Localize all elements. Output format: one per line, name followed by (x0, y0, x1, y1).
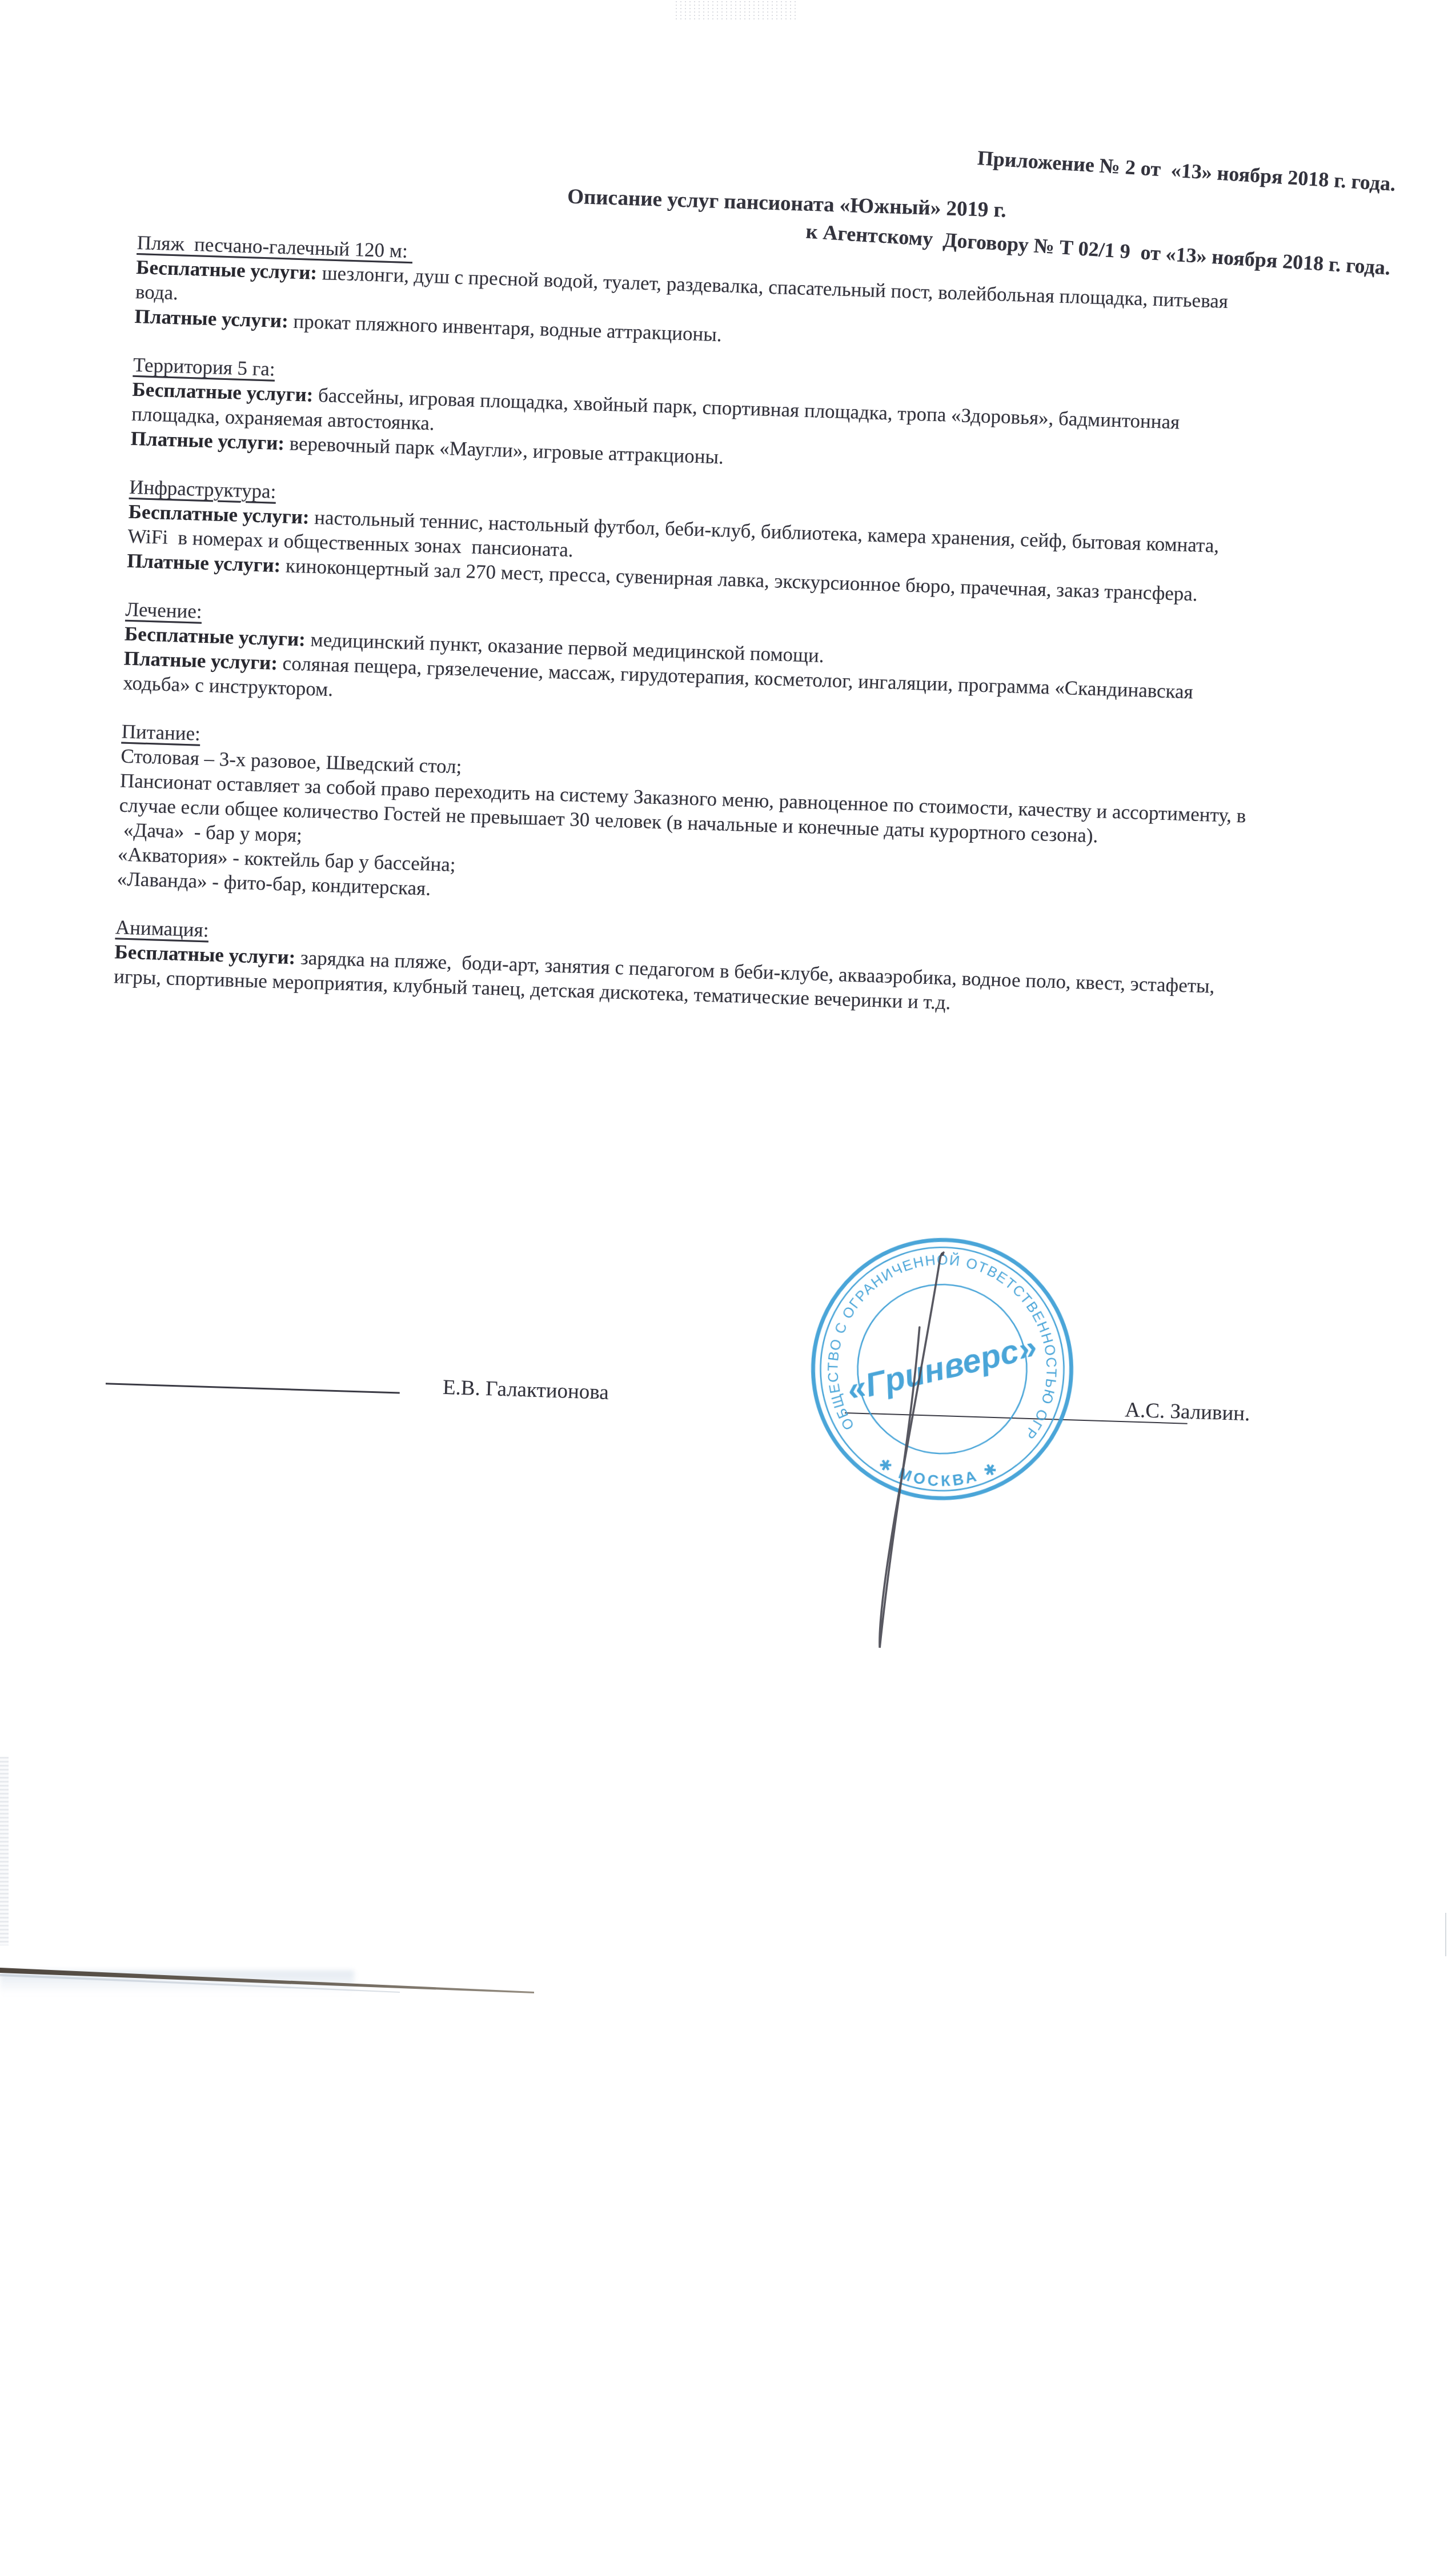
document-page: Приложение № 2 от «13» ноября 2018 г. го… (0, 54, 1402, 2553)
line-label: Платные услуги: (127, 550, 281, 576)
document-section: Анимация:Бесплатные услуги: зарядка на п… (114, 915, 1378, 1028)
scan-edge-streaks (0, 1757, 9, 1945)
document-section: Инфраструктура:Бесплатные услуги: настол… (127, 475, 1391, 612)
signature-line-left (106, 1383, 400, 1393)
line-text: вода. (135, 281, 178, 304)
scan-noise-speckle (674, 0, 797, 22)
line-label: Платные услуги: (123, 647, 278, 674)
line-label: Платные услуги: (134, 305, 288, 332)
document-section: Лечение:Бесплатные услуги: медицинский п… (123, 597, 1387, 735)
scanned-document: { "document": { "header": { "lines": [ "… (0, 0, 1456, 2571)
document-body: Пляж песчано-галечный 120 м: Бесплатные … (114, 230, 1399, 1028)
page-bottom-edge (0, 1943, 571, 2011)
pen-signature (780, 1222, 994, 1685)
document-section: Питание:Столовая – 3-х разовое, Шведский… (117, 719, 1383, 931)
signatory-name-left: Е.В. Галактионова (442, 1375, 609, 1405)
header-line-1: Приложение № 2 от «13» ноября 2018 г. го… (811, 134, 1397, 198)
document-section: Территория 5 га:Бесплатные услуги: бассе… (130, 353, 1395, 490)
signatory-name-right: А.С. Заливин. (1125, 1397, 1250, 1426)
line-text: ходьба» с инструктором. (123, 672, 334, 701)
line-label: Платные услуги: (130, 427, 284, 454)
scan-right-edge-line (1445, 1913, 1446, 1956)
